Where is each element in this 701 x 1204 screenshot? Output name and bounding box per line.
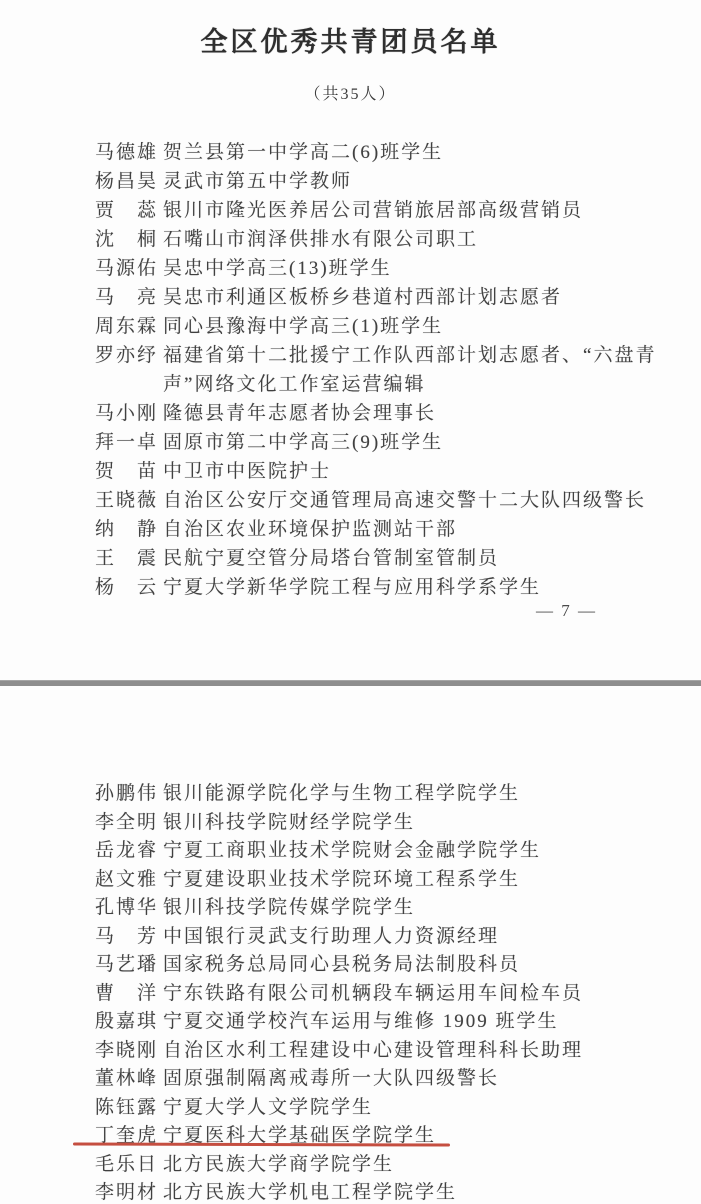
member-name: 李晓刚 <box>95 1037 158 1066</box>
member-name: 董林峰 <box>95 1065 158 1094</box>
member-row: 孙鹏伟银川能源学院化学与生物工程学院学生 <box>95 780 671 809</box>
member-name: 贾 蕊 <box>95 196 158 225</box>
member-role: 北方民族大学商学院学生 <box>163 1151 394 1180</box>
member-row: 马 芳中国银行灵武支行助理人力资源经理 <box>95 923 671 952</box>
member-role: 自治区农业环境保护监测站干部 <box>163 515 457 544</box>
member-row: 马源佑吴忠中学高三(13)班学生 <box>95 254 671 283</box>
member-row: 孔博华银川科技学院传媒学院学生 <box>95 894 671 923</box>
member-role: 宁夏大学新华学院工程与应用科学系学生 <box>163 573 541 602</box>
member-role: 北方民族大学机电工程学院学生 <box>163 1179 457 1204</box>
member-name: 孔博华 <box>95 894 158 923</box>
member-row: 马 亮吴忠市利通区板桥乡巷道村西部计划志愿者 <box>95 283 671 312</box>
member-role: 宁东铁路有限公司机辆段车辆运用车间检车员 <box>163 980 583 1009</box>
member-role: 银川科技学院传媒学院学生 <box>163 894 415 923</box>
member-name: 马 芳 <box>95 923 158 952</box>
member-role: 宁夏建设职业技术学院环境工程系学生 <box>163 866 520 895</box>
member-name: 贺 苗 <box>95 457 158 486</box>
member-role: 民航宁夏空管分局塔台管制室管制员 <box>163 544 499 573</box>
member-role: 贺兰县第一中学高二(6)班学生 <box>163 138 443 167</box>
page-divider <box>0 680 701 686</box>
member-row: 沈 桐石嘴山市润泽供排水有限公司职工 <box>95 225 671 254</box>
member-name: 周东霖 <box>95 312 158 341</box>
member-row: 殷嘉琪宁夏交通学校汽车运用与维修 1909 班学生 <box>95 1008 671 1037</box>
member-role: 隆德县青年志愿者协会理事长 <box>163 399 436 428</box>
member-row: 岳龙睿宁夏工商职业技术学院财会金融学院学生 <box>95 837 671 866</box>
member-role: 固原市第二中学高三(9)班学生 <box>163 428 443 457</box>
member-row: 拜一卓固原市第二中学高三(9)班学生 <box>95 428 671 457</box>
member-name: 曹 洋 <box>95 980 158 1009</box>
member-role: 银川能源学院化学与生物工程学院学生 <box>163 780 520 809</box>
member-role: 宁夏工商职业技术学院财会金融学院学生 <box>163 837 541 866</box>
member-role: 自治区公安厅交通管理局高速交警十二大队四级警长 <box>163 486 646 515</box>
member-row: 马德雄贺兰县第一中学高二(6)班学生 <box>95 138 671 167</box>
member-name: 陈钰露 <box>95 1094 158 1123</box>
member-name: 王晓薇 <box>95 486 158 515</box>
member-name: 杨 云 <box>95 573 158 602</box>
member-role: 灵武市第五中学教师 <box>163 167 352 196</box>
member-role: 宁夏交通学校汽车运用与维修 1909 班学生 <box>163 1008 559 1037</box>
member-row: 马小刚隆德县青年志愿者协会理事长 <box>95 399 671 428</box>
member-role: 吴忠中学高三(13)班学生 <box>163 254 392 283</box>
member-row: 李晓刚自治区水利工程建设中心建设管理科科长助理 <box>95 1037 671 1066</box>
member-row: 丁奎虎宁夏医科大学基础医学院学生 <box>95 1122 671 1151</box>
member-name: 沈 桐 <box>95 225 158 254</box>
member-role: 福建省第十二批援宁工作队西部计划志愿者、“六盘青 声”网络文化工作室运营编辑 <box>163 341 656 399</box>
member-row: 毛乐日北方民族大学商学院学生 <box>95 1151 671 1180</box>
member-role: 银川科技学院财经学院学生 <box>163 809 415 838</box>
member-name: 马艺璠 <box>95 951 158 980</box>
member-name: 李明材 <box>95 1179 158 1204</box>
member-row: 杨 云宁夏大学新华学院工程与应用科学系学生 <box>95 573 671 602</box>
member-role: 中卫市中医院护士 <box>163 457 331 486</box>
member-count: （共35人） <box>0 85 701 105</box>
member-name: 马德雄 <box>95 138 158 167</box>
member-name: 赵文雅 <box>95 866 158 895</box>
document-page-7: 全区优秀共青团员名单 （共35人） 马德雄贺兰县第一中学高二(6)班学生杨昌昊灵… <box>0 0 701 620</box>
member-row: 马艺璠国家税务总局同心县税务局法制股科员 <box>95 951 671 980</box>
page-number: — 7 — <box>0 602 701 620</box>
member-role: 宁夏大学人文学院学生 <box>163 1094 373 1123</box>
member-role: 石嘴山市润泽供排水有限公司职工 <box>163 225 478 254</box>
member-row: 杨昌昊灵武市第五中学教师 <box>95 167 671 196</box>
member-name: 李全明 <box>95 809 158 838</box>
member-role: 吴忠市利通区板桥乡巷道村西部计划志愿者 <box>163 283 562 312</box>
member-row: 纳 静自治区农业环境保护监测站干部 <box>95 515 671 544</box>
member-name: 毛乐日 <box>95 1151 158 1180</box>
member-list-page1: 马德雄贺兰县第一中学高二(6)班学生杨昌昊灵武市第五中学教师贾 蕊银川市隆光医养… <box>0 138 701 602</box>
member-row: 陈钰露宁夏大学人文学院学生 <box>95 1094 671 1123</box>
document-page-8: 孙鹏伟银川能源学院化学与生物工程学院学生李全明银川科技学院财经学院学生岳龙睿宁夏… <box>0 780 701 1204</box>
member-name: 王 震 <box>95 544 158 573</box>
member-row: 王晓薇自治区公安厅交通管理局高速交警十二大队四级警长 <box>95 486 671 515</box>
member-name: 岳龙睿 <box>95 837 158 866</box>
member-row: 赵文雅宁夏建设职业技术学院环境工程系学生 <box>95 866 671 895</box>
member-name: 殷嘉琪 <box>95 1008 158 1037</box>
member-row: 周东霖同心县豫海中学高三(1)班学生 <box>95 312 671 341</box>
member-name: 马小刚 <box>95 399 158 428</box>
member-role: 银川市隆光医养居公司营销旅居部高级营销员 <box>163 196 583 225</box>
member-role: 中国银行灵武支行助理人力资源经理 <box>163 923 499 952</box>
member-row: 王 震民航宁夏空管分局塔台管制室管制员 <box>95 544 671 573</box>
member-row: 李全明银川科技学院财经学院学生 <box>95 809 671 838</box>
member-row: 罗亦纾福建省第十二批援宁工作队西部计划志愿者、“六盘青 声”网络文化工作室运营编… <box>95 341 671 399</box>
member-name: 杨昌昊 <box>95 167 158 196</box>
member-role: 固原强制隔离戒毒所一大队四级警长 <box>163 1065 499 1094</box>
member-name: 马 亮 <box>95 283 158 312</box>
member-name: 丁奎虎 <box>95 1122 158 1151</box>
member-row: 贾 蕊银川市隆光医养居公司营销旅居部高级营销员 <box>95 196 671 225</box>
member-name: 马源佑 <box>95 254 158 283</box>
member-list-page2: 孙鹏伟银川能源学院化学与生物工程学院学生李全明银川科技学院财经学院学生岳龙睿宁夏… <box>0 780 701 1204</box>
member-name: 纳 静 <box>95 515 158 544</box>
member-name: 罗亦纾 <box>95 341 158 370</box>
member-name: 拜一卓 <box>95 428 158 457</box>
member-row: 贺 苗中卫市中医院护士 <box>95 457 671 486</box>
member-role: 自治区水利工程建设中心建设管理科科长助理 <box>163 1037 583 1066</box>
member-role: 国家税务总局同心县税务局法制股科员 <box>163 951 520 980</box>
member-name: 孙鹏伟 <box>95 780 158 809</box>
member-row: 李明材北方民族大学机电工程学院学生 <box>95 1179 671 1204</box>
member-row: 董林峰固原强制隔离戒毒所一大队四级警长 <box>95 1065 671 1094</box>
member-row: 曹 洋宁东铁路有限公司机辆段车辆运用车间检车员 <box>95 980 671 1009</box>
member-role: 同心县豫海中学高三(1)班学生 <box>163 312 443 341</box>
document-title: 全区优秀共青团员名单 <box>0 28 701 56</box>
